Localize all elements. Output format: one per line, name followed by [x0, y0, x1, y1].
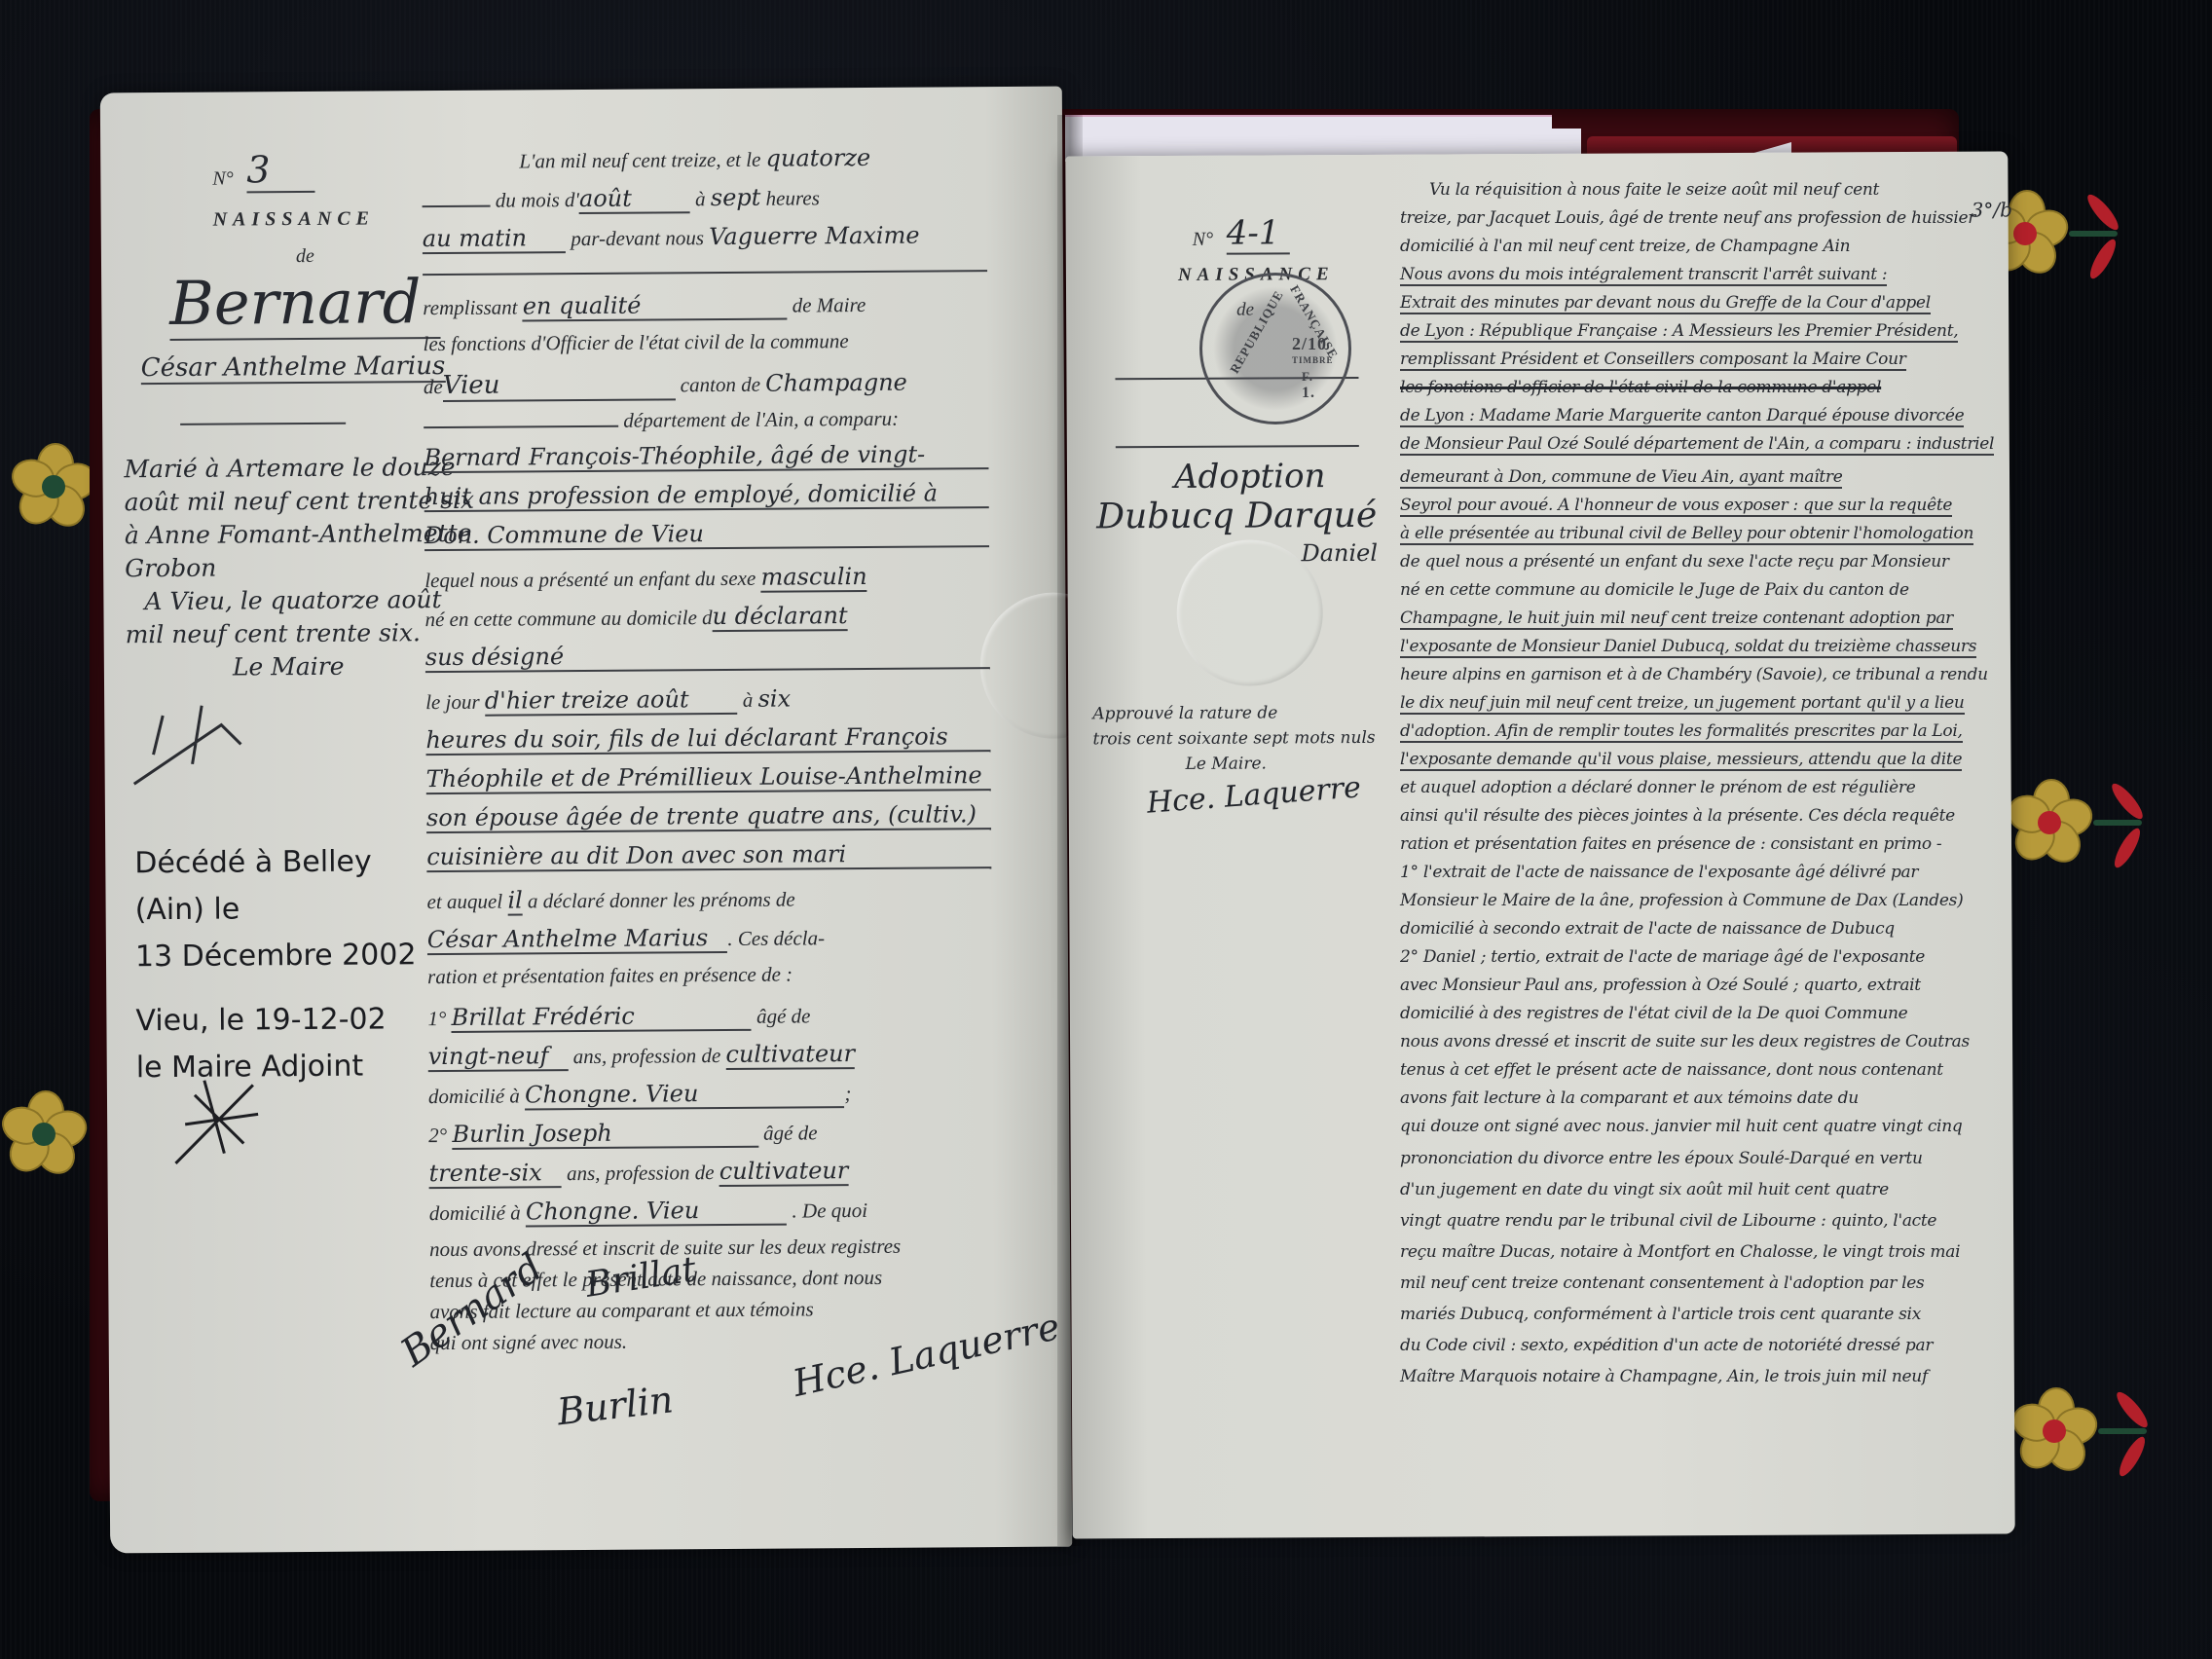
margin-note-line: Marié à Artemare le douze [124, 451, 474, 487]
record-surname: Bernard [169, 266, 441, 341]
blank-line [423, 270, 987, 276]
mayor-initials-signature [124, 685, 261, 793]
body-line: deVieu canton de Champagne [424, 368, 907, 400]
body-line: l'exposante demande qu'il vous plaise, m… [1400, 750, 1962, 771]
body-line: 1° Brillat Frédéric âgé de [427, 1001, 810, 1031]
record-given-names: César Anthelme Marius [141, 351, 446, 385]
birth-record-body: L'an mil neuf cent treize, et le quatorz… [422, 143, 1025, 147]
body-line: Seyrol pour avoué. A l'honneur de vous e… [1400, 496, 1952, 517]
margin-note-line: Le Maire [126, 649, 476, 685]
body-line: demeurant à Don, commune de Vieu Ain, ay… [1400, 467, 1842, 489]
body-line: tenus à cet effet le présent acte de nai… [1400, 1060, 1943, 1080]
body-line: reçu maître Ducas, notaire à Montfort en… [1400, 1242, 1960, 1262]
body-line: 2° Burlin Joseph âgé de [428, 1118, 817, 1148]
body-line: qui douze ont signé avec nous. janvier m… [1400, 1117, 1962, 1136]
corner-note: 3°/b [1972, 198, 2012, 221]
record-number-label: N° [1193, 229, 1213, 251]
body-line: ainsi qu'il résulte des pièces jointes à… [1400, 806, 1955, 826]
body-line: de Lyon : Madame Marie Marguerite canton… [1400, 406, 1964, 427]
body-line: mariés Dubucq, conformément à l'article … [1400, 1305, 1921, 1324]
body-line: César Anthelme Marius. Ces décla- [427, 923, 825, 953]
margin-note-line: à Anne Fomant-Anthelmette [125, 517, 475, 553]
body-line: cuisinière au dit Don avec son mari [426, 839, 991, 872]
embroidered-flower-icon [10, 443, 97, 531]
body-line: les fonctions d'officier de l'état civil… [1400, 378, 1881, 397]
body-line: nous avons dressé et inscrit de suite su… [1400, 1032, 1970, 1051]
margin-note-line: trois cent soixante sept mots nuls [1092, 725, 1375, 753]
record-number-label: N° [212, 168, 234, 191]
margin-note-line: Vieu, le 19-12-02 [135, 996, 417, 1045]
body-line: domicilié à des registres de l'état civi… [1400, 1004, 1907, 1023]
body-line: domicilié à l'an mil neuf cent treize, d… [1400, 237, 1850, 256]
body-line: son épouse âgée de trente quatre ans, (c… [426, 800, 991, 833]
body-line: mil neuf cent treize contenant consentem… [1400, 1273, 1924, 1293]
body-line: département de l'Ain, a comparu: [424, 407, 899, 434]
divider-line [180, 423, 346, 425]
adoption-first-name: Daniel [1301, 539, 1378, 567]
stamp-sub: F. [1302, 369, 1313, 385]
margin-note-line: mil neuf cent trente six. [126, 616, 476, 652]
body-line: heures du soir, fils de lui déclarant Fr… [425, 722, 990, 756]
body-line: Champagne, le huit juin mil neuf cent tr… [1400, 608, 1953, 630]
divider-line [1116, 445, 1359, 448]
body-line: l'exposante de Monsieur Daniel Dubucq, s… [1400, 637, 1976, 658]
margin-note-line: août mil neuf cent trente six [125, 484, 475, 520]
body-line: ration et présentation faites en présenc… [427, 963, 793, 990]
body-line: domicilié à Chongne. Vieu; [428, 1079, 852, 1109]
deputy-mayor-signature [166, 1065, 274, 1173]
body-line: Maître Marquois notaire à Champagne, Ain… [1400, 1367, 1928, 1386]
signature-mayor: Hce. Laquerre [789, 1305, 1063, 1405]
body-line: les fonctions d'Officier de l'état civil… [423, 329, 848, 356]
body-line: et auquel il a déclaré donner les prénom… [426, 885, 794, 915]
body-line: le jour d'hier treize août à six [425, 685, 791, 716]
body-line: domicilié à Chongne. Vieu . De quoi [429, 1196, 867, 1226]
body-line: Don. Commune de Vieu [424, 518, 989, 551]
body-line: 1° l'extrait de l'acte de naissance de l… [1400, 863, 1918, 882]
embroidered-flower-icon [2006, 779, 2093, 866]
death-margin-note: Décédé à Belley (Ain) le 13 Décembre 200… [134, 838, 417, 1091]
body-line: avons fait lecture à la comparant et aux… [1400, 1088, 1859, 1108]
body-line: sus désigné [425, 640, 990, 673]
body-line: ration et présentation faites en présenc… [1400, 834, 1941, 854]
body-line: huit ans profession de employé, domicili… [424, 479, 989, 512]
body-line: Nous avons du mois intégralement transcr… [1400, 265, 1887, 286]
body-line: à elle présentée au tribunal civil de Be… [1400, 524, 1973, 545]
stamp-ring-text: REPUBLIQUE [1227, 287, 1287, 376]
margin-note-line: 13 Décembre 2002 [135, 932, 417, 980]
body-line: le dix neuf juin mil neuf cent treize, u… [1400, 693, 1965, 715]
body-line: prononciation du divorce entre les époux… [1400, 1149, 1923, 1168]
embroidered-flower-icon [2010, 1387, 2098, 1475]
body-line: Monsieur le Maire de la âne, profession … [1400, 891, 1963, 910]
body-line: Bernard François-Théophile, âgé de vingt… [424, 440, 988, 473]
body-line: né en cette commune au domicile du décla… [424, 602, 847, 632]
record-type-de: de [296, 245, 314, 268]
body-line: d'un jugement en date du vingt six août … [1400, 1180, 1889, 1199]
revenue-stamp-icon: REPUBLIQUE FRANÇAISE 2/10 TIMBRE F. 1. [1199, 273, 1351, 424]
body-line: de Lyon : République Française : A Messi… [1400, 321, 1958, 343]
record-type-heading: NAISSANCE [213, 208, 375, 232]
stamp-sub-value: 1. [1302, 385, 1315, 402]
body-line: remplissant en qualité de Maire [423, 290, 866, 320]
margin-note-line: (Ain) le [134, 885, 416, 934]
stamp-unit: TIMBRE [1292, 355, 1334, 365]
body-line: d'adoption. Afin de remplir toutes les f… [1400, 721, 1963, 743]
body-line: domicilié à secondo extrait de l'acte de… [1400, 919, 1895, 939]
body-line: 2° Daniel ; tertio, extrait de l'acte de… [1400, 947, 1925, 967]
body-line: Extrait des minutes par devant nous du G… [1400, 293, 1931, 314]
margin-note-line: A Vieu, le quatorze août [125, 583, 475, 619]
body-line: vingt quatre rendu par le tribunal civil… [1400, 1211, 1936, 1231]
body-line: Théophile et de Prémillieux Louise-Anthe… [426, 761, 991, 794]
body-line: remplissant Président et Conseillers com… [1400, 350, 1906, 371]
adoption-names: Dubucq Darqué [1096, 496, 1377, 537]
margin-signature: Hce. Laquerre [1146, 770, 1362, 820]
body-line: du Code civil : sexto, expédition d'un a… [1400, 1336, 1933, 1355]
embossed-seal [1176, 539, 1323, 686]
body-line: au matin par-devant nous Vaguerre Maxime [423, 222, 920, 253]
embroidered-flower-icon [0, 1090, 88, 1178]
margin-note-line: Décédé à Belley [134, 838, 416, 887]
body-line: vingt-neuf ans, profession de cultivateu… [428, 1040, 856, 1070]
body-line: du mois d'août à sept heures [422, 183, 819, 213]
body-line: et auquel adoption a déclaré donner le p… [1400, 778, 1915, 797]
body-line: heure alpins en garnison et à de Chambér… [1400, 665, 1988, 684]
signature-burlin: Burlin [555, 1378, 676, 1433]
stamp-value: 2/10 [1292, 334, 1327, 354]
adoption-title: Adoption [1174, 457, 1326, 497]
margin-note-line: Approuvé la rature de [1092, 700, 1375, 727]
body-line: né en cette commune au domicile le Juge … [1400, 580, 1909, 600]
body-line: trente-six ans, profession de cultivateu… [428, 1157, 848, 1187]
record-number: 3 [246, 148, 314, 193]
body-line: treize, par Jacquet Louis, âgé de trente… [1400, 208, 1975, 228]
marriage-margin-note: Marié à Artemare le douze août mil neuf … [124, 451, 475, 685]
body-line: avec Monsieur Paul ans, profession à Ozé… [1400, 976, 1921, 995]
left-page: N° 3 NAISSANCE de Bernard César Anthelme… [100, 87, 1072, 1554]
margin-note-line: Grobon [125, 550, 475, 586]
body-line: lequel nous a présenté un enfant du sexe… [424, 563, 867, 593]
body-line: Vu la réquisition à nous faite le seize … [1429, 180, 1879, 200]
body-line: de Monsieur Paul Ozé Soulé département d… [1400, 434, 1994, 456]
body-line: L'an mil neuf cent treize, et le quatorz… [519, 144, 870, 174]
record-number: 4-1 [1227, 213, 1290, 254]
body-line: de quel nous a présenté un enfant du sex… [1400, 552, 1949, 571]
erasure-approval-note: Approuvé la rature de trois cent soixant… [1092, 700, 1376, 778]
